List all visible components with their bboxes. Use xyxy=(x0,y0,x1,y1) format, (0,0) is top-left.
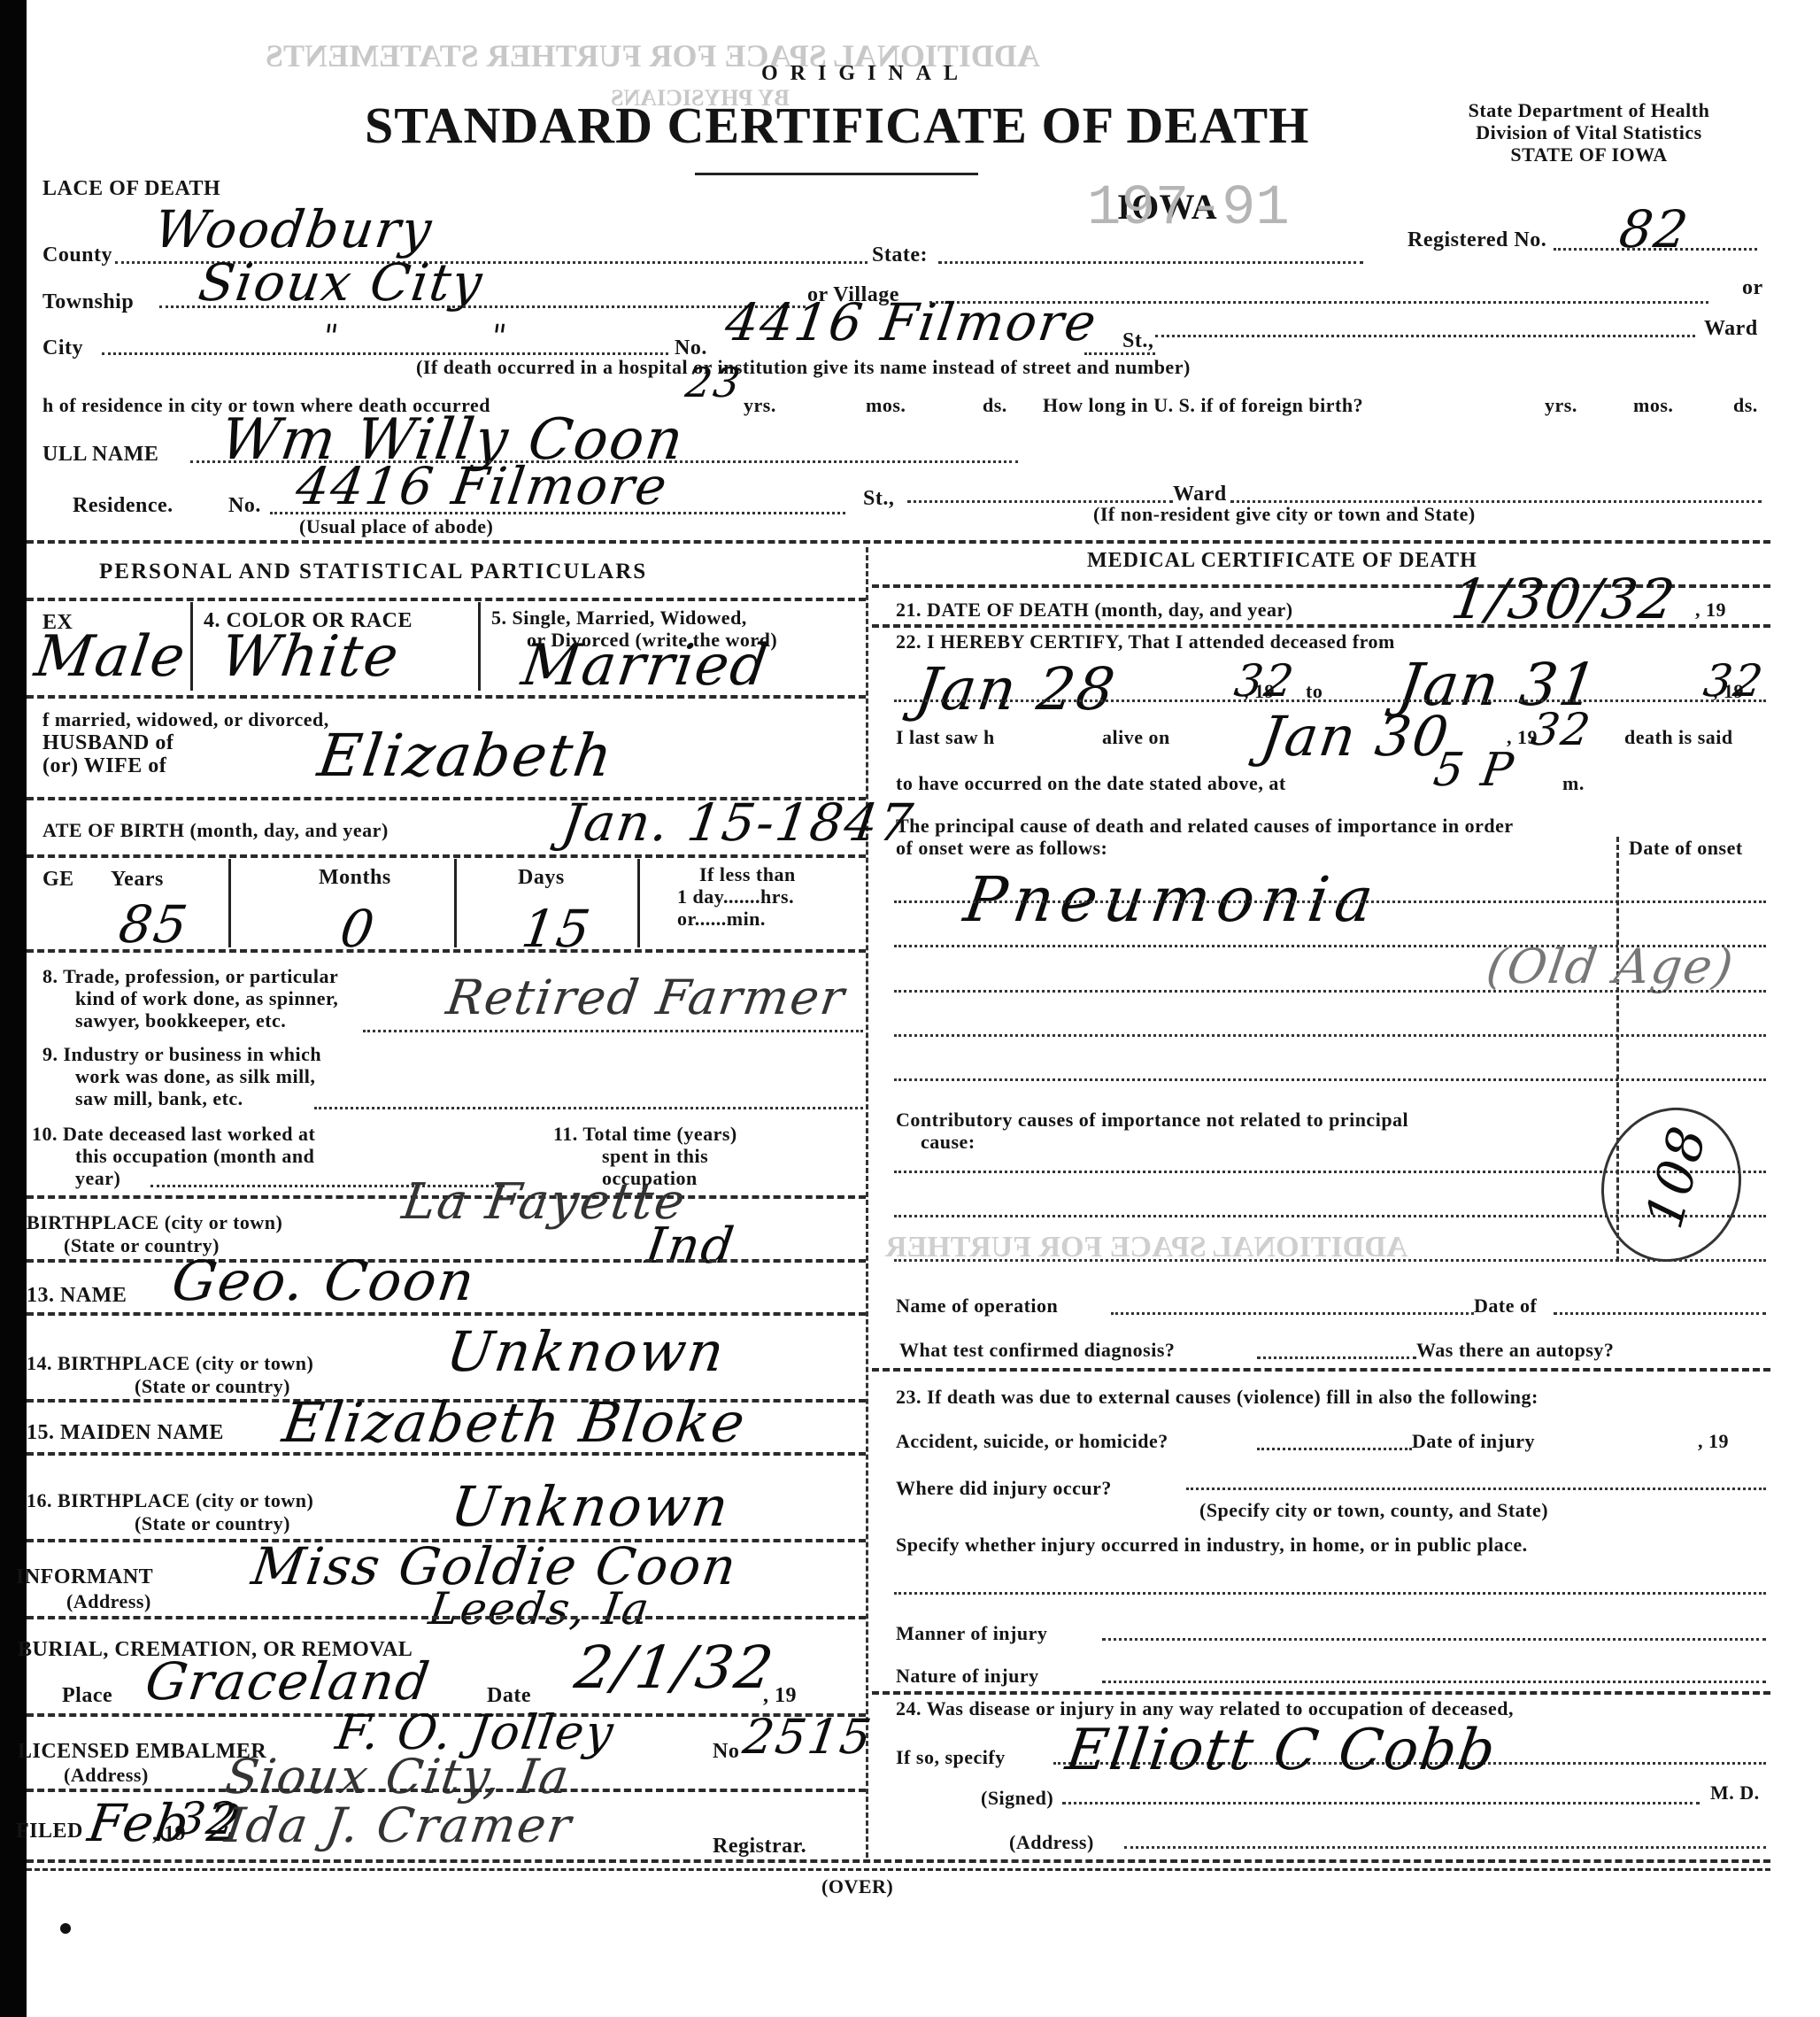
last-saw-year-value[interactable]: 32 xyxy=(1528,704,1595,755)
less-than-day-1: If less than xyxy=(699,863,796,886)
original-label: ORIGINAL xyxy=(761,62,970,86)
nature-field[interactable] xyxy=(1102,1681,1766,1683)
occurred-time-value[interactable]: 5 P xyxy=(1431,744,1518,797)
personal-section-title: PERSONAL AND STATISTICAL PARTICULARS xyxy=(99,560,647,584)
last-worked-label-2: this occupation (month and xyxy=(75,1145,314,1168)
title-underline xyxy=(695,173,978,175)
attended-from-value[interactable]: Jan 28 xyxy=(912,655,1121,723)
specify-where-label: Specify whether injury occurred in indus… xyxy=(896,1534,1528,1557)
test-field[interactable] xyxy=(1257,1356,1416,1359)
date-injury-label: Date of injury xyxy=(1412,1430,1535,1453)
column-divider xyxy=(866,547,868,1858)
foreign-birth-label: How long in U. S. if of foreign birth? xyxy=(1043,394,1363,417)
abode-note: (Usual place of abode) xyxy=(299,515,493,538)
spouse-label-3: (or) WIFE of xyxy=(42,754,166,778)
trade-value[interactable]: Retired Farmer xyxy=(443,970,850,1025)
age-label: GE xyxy=(42,868,74,892)
registrar-label: Registrar. xyxy=(713,1835,806,1859)
less-than-day-3: or......min. xyxy=(677,908,766,931)
total-time-label-1: 11. Total time (years) xyxy=(553,1123,737,1146)
hospital-note: (If death occurred in a hospital or inst… xyxy=(416,356,1191,379)
street-no-value[interactable]: 4416 Filmore xyxy=(721,292,1101,352)
mos-label: mos. xyxy=(866,394,906,417)
industry-label-3: saw mill, bank, etc. xyxy=(75,1087,243,1110)
address-label: (Address) xyxy=(1009,1831,1094,1854)
stamp-number-2: 91 xyxy=(1222,177,1290,241)
foreign-mos-label: mos. xyxy=(1633,394,1673,417)
city-ditto-1: " xyxy=(320,319,342,355)
if-so-label: If so, specify xyxy=(896,1746,1006,1769)
street-st-label: St., xyxy=(1122,329,1153,353)
residence-st-label: St., xyxy=(863,487,894,511)
age-years-value[interactable]: 85 xyxy=(115,894,192,954)
age-years-label: Years xyxy=(111,868,164,892)
trade-label-2: kind of work done, as spinner, xyxy=(75,987,338,1010)
stamp-number-1: 197- xyxy=(1087,177,1223,241)
death-said-label: death is said xyxy=(1624,726,1733,749)
father-birthplace-value[interactable]: Unknown xyxy=(443,1319,729,1384)
last-saw-label: I last saw h xyxy=(896,726,995,749)
trade-label-1: 8. Trade, profession, or particular xyxy=(42,965,338,988)
autopsy-label: Was there an autopsy? xyxy=(1416,1339,1614,1362)
date-of-death-label: 21. DATE OF DEATH (month, day, and year) xyxy=(896,599,1293,622)
manner-label: Manner of injury xyxy=(896,1622,1047,1645)
document-title: STANDARD CERTIFICATE OF DEATH xyxy=(365,96,1309,155)
place-of-death-label: LACE OF DEATH xyxy=(42,177,220,201)
mother-maiden-label: 15. MAIDEN NAME xyxy=(27,1421,224,1445)
mother-birthplace-label: 16. BIRTHPLACE (city or town) xyxy=(27,1489,313,1512)
filed-label: FILED xyxy=(16,1820,83,1843)
mother-birthplace-state-label: (State or country) xyxy=(135,1512,290,1535)
ink-spot xyxy=(60,1923,71,1934)
physician-address-field[interactable] xyxy=(1124,1846,1766,1849)
father-name-label: 13. NAME xyxy=(27,1284,127,1308)
township-label: Township xyxy=(42,290,134,314)
informant-label: INFORMANT xyxy=(16,1565,153,1589)
father-name-value[interactable]: Geo. Coon xyxy=(168,1248,480,1313)
manner-field[interactable] xyxy=(1102,1638,1766,1641)
where-injury-field[interactable] xyxy=(1186,1488,1766,1490)
informant-address-value[interactable]: Leeds, Ia xyxy=(426,1583,654,1634)
residence-value[interactable]: 4416 Filmore xyxy=(292,456,672,516)
registrar-signature: Ida J. Cramer xyxy=(222,1797,576,1853)
operation-label: Name of operation xyxy=(896,1294,1058,1318)
operation-date-field[interactable] xyxy=(1554,1312,1766,1315)
county-value[interactable]: Woodbury xyxy=(150,199,436,259)
marital-label-1: 5. Single, Married, Widowed, xyxy=(491,607,747,630)
father-birthplace-state-label: (State or country) xyxy=(135,1375,290,1398)
date-injury-year-label: , 19 xyxy=(1698,1430,1729,1453)
foreign-ds-label: ds. xyxy=(1733,394,1758,417)
informant-address-label: (Address) xyxy=(66,1590,151,1613)
city-ditto-2: " xyxy=(489,319,510,355)
agency-line-3: STATE OF IOWA xyxy=(1407,143,1770,166)
embalmer-no-value[interactable]: 2515 xyxy=(740,1709,876,1765)
color-value[interactable]: White xyxy=(217,624,404,690)
embalmer-no-label: No xyxy=(713,1740,739,1764)
alive-on-label: alive on xyxy=(1102,726,1170,749)
medical-section-title: MEDICAL CERTIFICATE OF DEATH xyxy=(1087,549,1477,573)
ds-label: ds. xyxy=(983,394,1007,417)
where-injury-label: Where did injury occur? xyxy=(896,1477,1112,1500)
contributory-label-2: cause: xyxy=(921,1131,976,1154)
spouse-label-1: f married, widowed, or divorced, xyxy=(42,708,329,731)
burial-year-label: , 19 xyxy=(763,1684,797,1708)
residence-label: Residence. xyxy=(73,494,174,518)
occurred-label: to have occurred on the date stated abov… xyxy=(896,772,1286,795)
over-label: (OVER) xyxy=(821,1875,893,1898)
physician-signature: Elliott C Cobb xyxy=(1062,1718,1501,1783)
industry-field[interactable] xyxy=(314,1107,863,1109)
operation-field[interactable] xyxy=(1111,1312,1474,1315)
nonresident-note: (If non-resident give city or town and S… xyxy=(1093,503,1476,526)
embalmer-address-value[interactable]: Sioux City, Ia xyxy=(222,1749,575,1804)
dob-value[interactable]: Jan. 15-1847 xyxy=(558,792,918,853)
age-months-label: Months xyxy=(319,866,391,890)
residence-no-label: No. xyxy=(228,494,261,518)
less-than-day-2: 1 day.......hrs. xyxy=(677,885,794,908)
accident-field[interactable] xyxy=(1257,1448,1412,1450)
date-of-label: Date of xyxy=(1474,1294,1537,1318)
embalmer-address-label: (Address) xyxy=(64,1764,149,1787)
burial-date-value[interactable]: 2/1/32 xyxy=(571,1634,779,1702)
nature-label: Nature of injury xyxy=(896,1665,1039,1688)
trade-label-3: sawyer, bookkeeper, etc. xyxy=(75,1009,286,1032)
birthplace-state-value[interactable]: Ind xyxy=(642,1217,738,1275)
county-label: County xyxy=(42,243,112,267)
length-residence-years[interactable]: 23 xyxy=(682,359,744,406)
state-label: State: xyxy=(872,243,928,267)
marital-value[interactable]: Married xyxy=(518,633,774,699)
dob-label: ATE OF BIRTH (month, day, and year) xyxy=(42,819,389,842)
m-label: m. xyxy=(1562,772,1585,795)
accident-label: Accident, suicide, or homicide? xyxy=(896,1430,1168,1453)
date-of-death-year-label: , 19 xyxy=(1695,599,1726,622)
burial-place-label: Place xyxy=(62,1684,112,1708)
cause-label-2: of onset were as follows: xyxy=(896,837,1107,860)
mother-maiden-value[interactable]: Elizabeth Bloke xyxy=(279,1390,751,1455)
or-label: or xyxy=(1742,276,1763,300)
date-of-onset-label: Date of onset xyxy=(1629,837,1743,860)
last-worked-label-1: 10. Date deceased last worked at xyxy=(32,1123,315,1146)
specify-city-note: (Specify city or town, county, and State… xyxy=(1199,1499,1548,1522)
contributory-label-1: Contributory causes of importance not re… xyxy=(896,1109,1408,1132)
total-time-label-2: spent in this xyxy=(602,1145,708,1168)
test-label: What test confirmed diagnosis? xyxy=(899,1339,1175,1362)
age-days-label: Days xyxy=(518,866,565,890)
last-worked-label-3: year) xyxy=(75,1167,120,1190)
full-name-label: ULL NAME xyxy=(42,443,158,467)
burial-place-value[interactable]: Graceland xyxy=(142,1651,435,1712)
agency-block: State Department of Health Division of V… xyxy=(1407,99,1770,166)
last-saw-value[interactable]: Jan 30 xyxy=(1257,704,1454,769)
registered-no-label: Registered No. xyxy=(1407,228,1546,252)
sex-value[interactable]: Male xyxy=(31,624,190,690)
cause-label-1: The principal cause of death and related… xyxy=(896,815,1514,838)
ward-label: Ward xyxy=(1704,317,1758,341)
external-label: 23. If death was due to external causes … xyxy=(896,1386,1539,1409)
agency-line-1: State Department of Health xyxy=(1407,99,1770,121)
industry-label-2: work was done, as silk mill, xyxy=(75,1065,315,1088)
father-birthplace-label: 14. BIRTHPLACE (city or town) xyxy=(27,1352,313,1375)
certify-label: 22. I HEREBY CERTIFY, That I attended de… xyxy=(896,630,1395,653)
birthplace-label: BIRTHPLACE (city or town) xyxy=(27,1211,282,1234)
township-value[interactable]: Sioux City xyxy=(195,252,487,313)
date-of-death-value[interactable]: 1/30/32 xyxy=(1447,567,1680,631)
mother-birthplace-value[interactable]: Unknown xyxy=(447,1474,734,1539)
signed-label: (Signed) xyxy=(981,1787,1053,1810)
spouse-label-2: HUSBAND of xyxy=(42,731,174,755)
industry-label-1: 9. Industry or business in which xyxy=(42,1043,321,1066)
spouse-value[interactable]: Elizabeth xyxy=(314,722,619,790)
principal-cause-value[interactable]: Pneumonia xyxy=(960,863,1384,936)
foreign-yrs-label: yrs. xyxy=(1545,394,1577,417)
birthplace-city-value[interactable]: La Fayette xyxy=(398,1173,690,1231)
agency-line-2: Division of Vital Statistics xyxy=(1407,121,1770,143)
city-label: City xyxy=(42,336,83,360)
md-label: M. D. xyxy=(1710,1781,1760,1804)
scan-edge xyxy=(0,0,27,2017)
yrs-label: yrs. xyxy=(744,394,776,417)
old-age-value[interactable]: (Old Age) xyxy=(1484,939,1739,994)
